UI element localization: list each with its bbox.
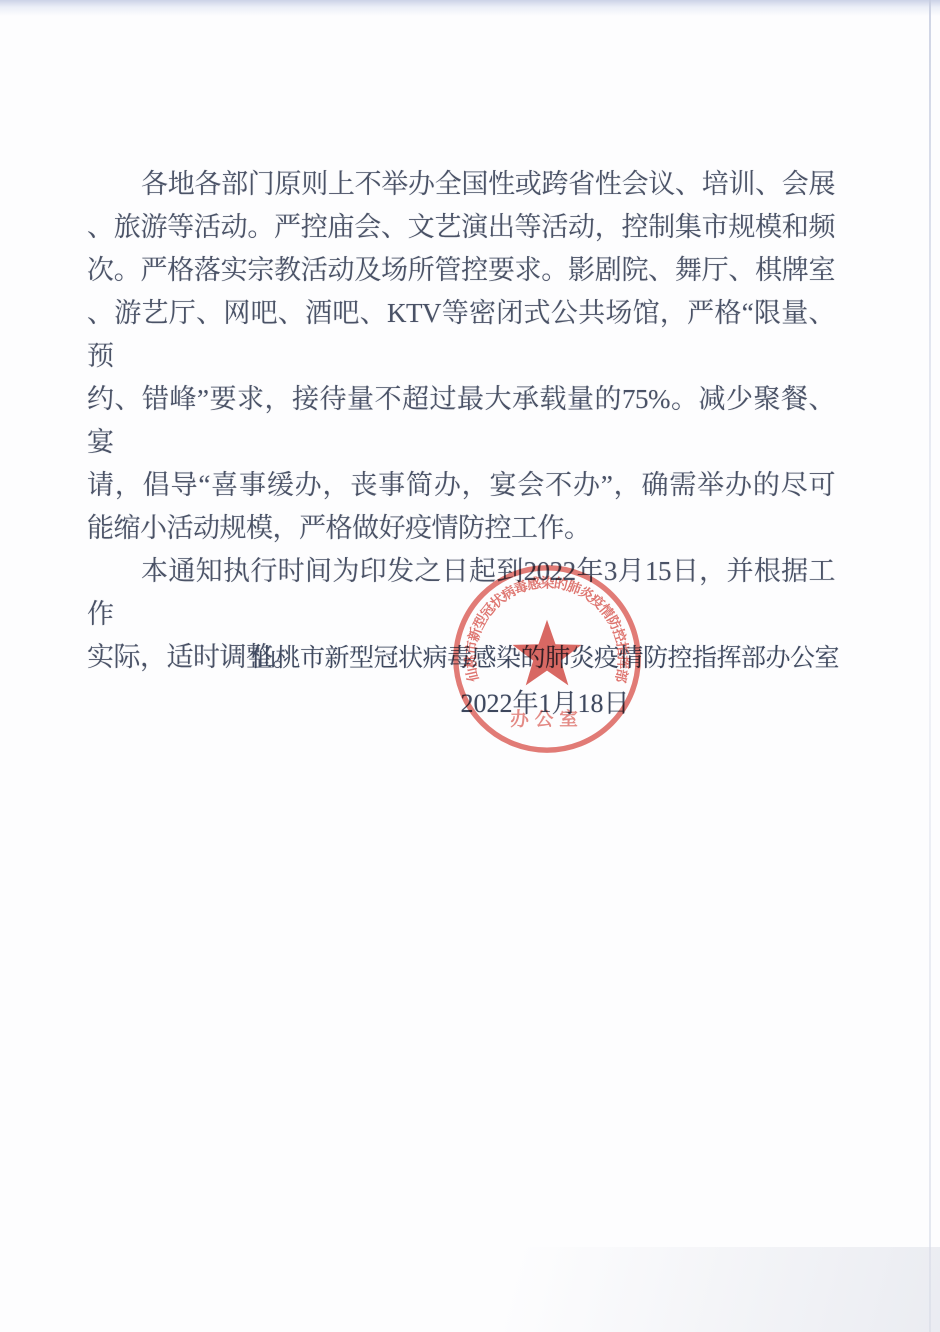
body-line: 请，倡导“喜事缓办，丧事简办，宴会不办”，确需举办的尽可: [87, 464, 835, 507]
body-line: 能缩小活动规模，严格做好疫情防控工作。: [87, 507, 835, 550]
paragraph-activities: 各地各部门原则上不举办全国性或跨省性会议、培训、会展 、旅游等活动。严控庙会、文…: [87, 163, 835, 550]
scan-edge-top: [0, 0, 940, 16]
scan-shadow-bottom: [329, 1247, 940, 1332]
body-line: 、游艺厅、网吧、酒吧、KTV等密闭式公共场馆，严格“限量、预: [87, 292, 835, 378]
body-line: 、旅游等活动。严控庙会、文艺演出等活动，控制集市规模和频: [87, 206, 835, 249]
seal-star-icon: [513, 620, 582, 686]
seal-office-label: 办公室: [510, 709, 583, 731]
official-seal: 仙桃市新型冠状病毒感染的肺炎疫情防控指挥部 办公室: [449, 561, 645, 757]
body-line: 约、错峰”要求，接待量不超过最大承载量的75%。减少聚餐、宴: [87, 378, 835, 464]
body-line: 各地各部门原则上不举办全国性或跨省性会议、培训、会展: [87, 163, 835, 206]
scanned-notice-page: 各地各部门原则上不举办全国性或跨省性会议、培训、会展 、旅游等活动。严控庙会、文…: [0, 0, 940, 1332]
body-line: 次。严格落实宗教活动及场所管控要求。影剧院、舞厅、棋牌室: [87, 249, 835, 292]
